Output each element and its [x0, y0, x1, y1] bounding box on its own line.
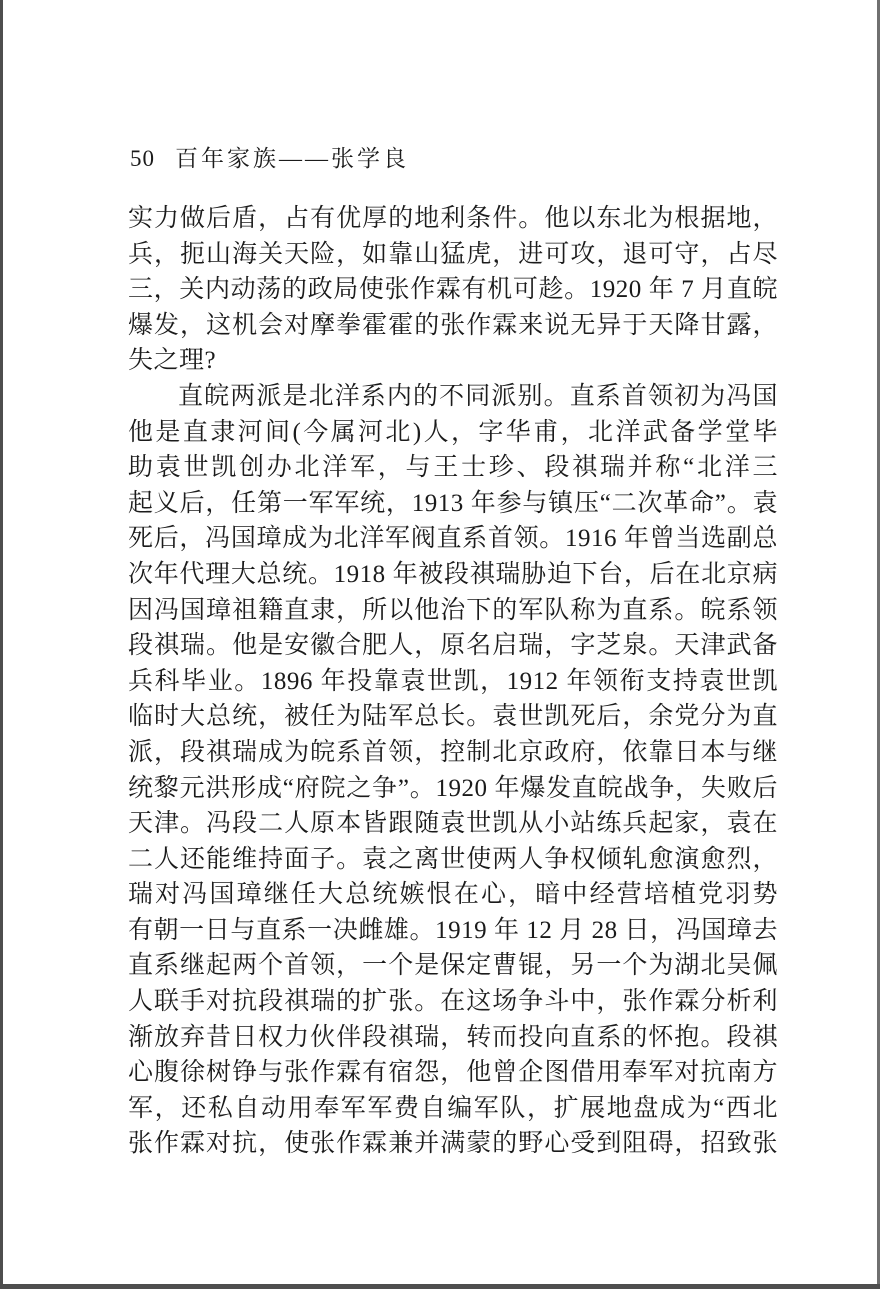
book-page: 50百年家族——张学良 实力做后盾，占有优厚的地利条件。他以东北为根据地，手握重… [0, 0, 880, 1289]
text-line: 兵，扼山海关天险，如靠山猛虎，进可攻，退可守，占尽优势；其 [128, 237, 778, 273]
text-line: 人联手对抗段祺瑞的扩张。在这场争斗中，张作霖分析利弊，渐 [128, 984, 778, 1020]
text-line: 统黎元洪形成“府院之争”。1920 年爆发直皖战争，失败后退居 [128, 771, 778, 807]
text-line: 天津。冯段二人原本皆跟随袁世凯从小站练兵起家，袁在世时， [128, 806, 778, 842]
running-title: 百年家族——张学良 [175, 146, 409, 171]
text-line: 因冯国璋祖籍直隶，所以他治下的军队称为直系。皖系领袖为 [128, 593, 778, 629]
text-line: 临时大总统，被任为陆军总长。袁世凯死后，余党分为直皖两 [128, 699, 778, 735]
text-line: 实力做后盾，占有优厚的地利条件。他以东北为根据地，手握重 [128, 201, 778, 237]
text-line: 死后，冯国璋成为北洋军阀直系首领。1916 年曾当选副总统， [128, 521, 778, 557]
text-line: 渐放弃昔日权力伙伴段祺瑞，转而投向直系的怀抱。段祺瑞的 [128, 1020, 778, 1056]
text-line: 二人还能维持面子。袁之离世使两人争权倾轧愈演愈烈，段祺 [128, 842, 778, 878]
text-line: 助袁世凯创办北洋军，与王士珍、段祺瑞并称“北洋三杰”。武昌 [128, 450, 778, 486]
text-line: 兵科毕业。1896 年投靠袁世凯，1912 年领衔支持袁世凯任民国 [128, 664, 778, 700]
text-line: 段祺瑞。他是安徽合肥人，原名启瑞，字芝泉。天津武备学堂炮 [128, 628, 778, 664]
text-line: 有朝一日与直系一决雌雄。1919 年 12 月 28 日，冯国璋去世， [128, 913, 778, 949]
text-line: 爆发，这机会对摩拳霍霍的张作霖来说无异于天降甘露，岂有坐 [128, 308, 778, 344]
text-line: 直系继起两个首领，一个是保定曹锟，另一个为湖北吴佩孚，二 [128, 948, 778, 984]
scan-edge-bottom [0, 1284, 880, 1289]
text-line: 起义后，任第一军军统，1913 年参与镇压“二次革命”。袁世凯 [128, 486, 778, 522]
text-line: 失之理? [128, 343, 778, 379]
scan-edge-left [0, 0, 3, 1289]
text-line: 军，还私自动用奉军军费自编军队，扩展地盘成为“西北王”，与 [128, 1091, 778, 1127]
text-line: 三，关内动荡的政局使张作霖有机可趁。1920 年 7 月直皖战争 [128, 272, 778, 308]
text-line: 次年代理大总统。1918 年被段祺瑞胁迫下台，后在北京病亡。 [128, 557, 778, 593]
text-line: 派，段祺瑞成为皖系首领，控制北京政府，依靠日本与继任的总 [128, 735, 778, 771]
page-header: 50百年家族——张学良 [130, 146, 409, 172]
text-line: 他是直隶河间(今属河北)人，字华甫，北洋武备学堂毕业，曾协 [128, 415, 778, 451]
text-line: 直皖两派是北洋系内的不同派别。直系首领初为冯国璋。 [128, 379, 778, 415]
text-line: 瑞对冯国璋继任大总统嫉恨在心，暗中经营培植党羽势力，渴望 [128, 877, 778, 913]
page-number: 50 [130, 146, 155, 172]
text-line: 张作霖对抗，使张作霖兼并满蒙的野心受到阻碍，招致张作霖的 [128, 1126, 778, 1162]
body-text: 实力做后盾，占有优厚的地利条件。他以东北为根据地，手握重兵，扼山海关天险，如靠山… [128, 201, 778, 1162]
text-line: 心腹徐树铮与张作霖有宿怨，他曾企图借用奉军对抗南方革命 [128, 1055, 778, 1091]
